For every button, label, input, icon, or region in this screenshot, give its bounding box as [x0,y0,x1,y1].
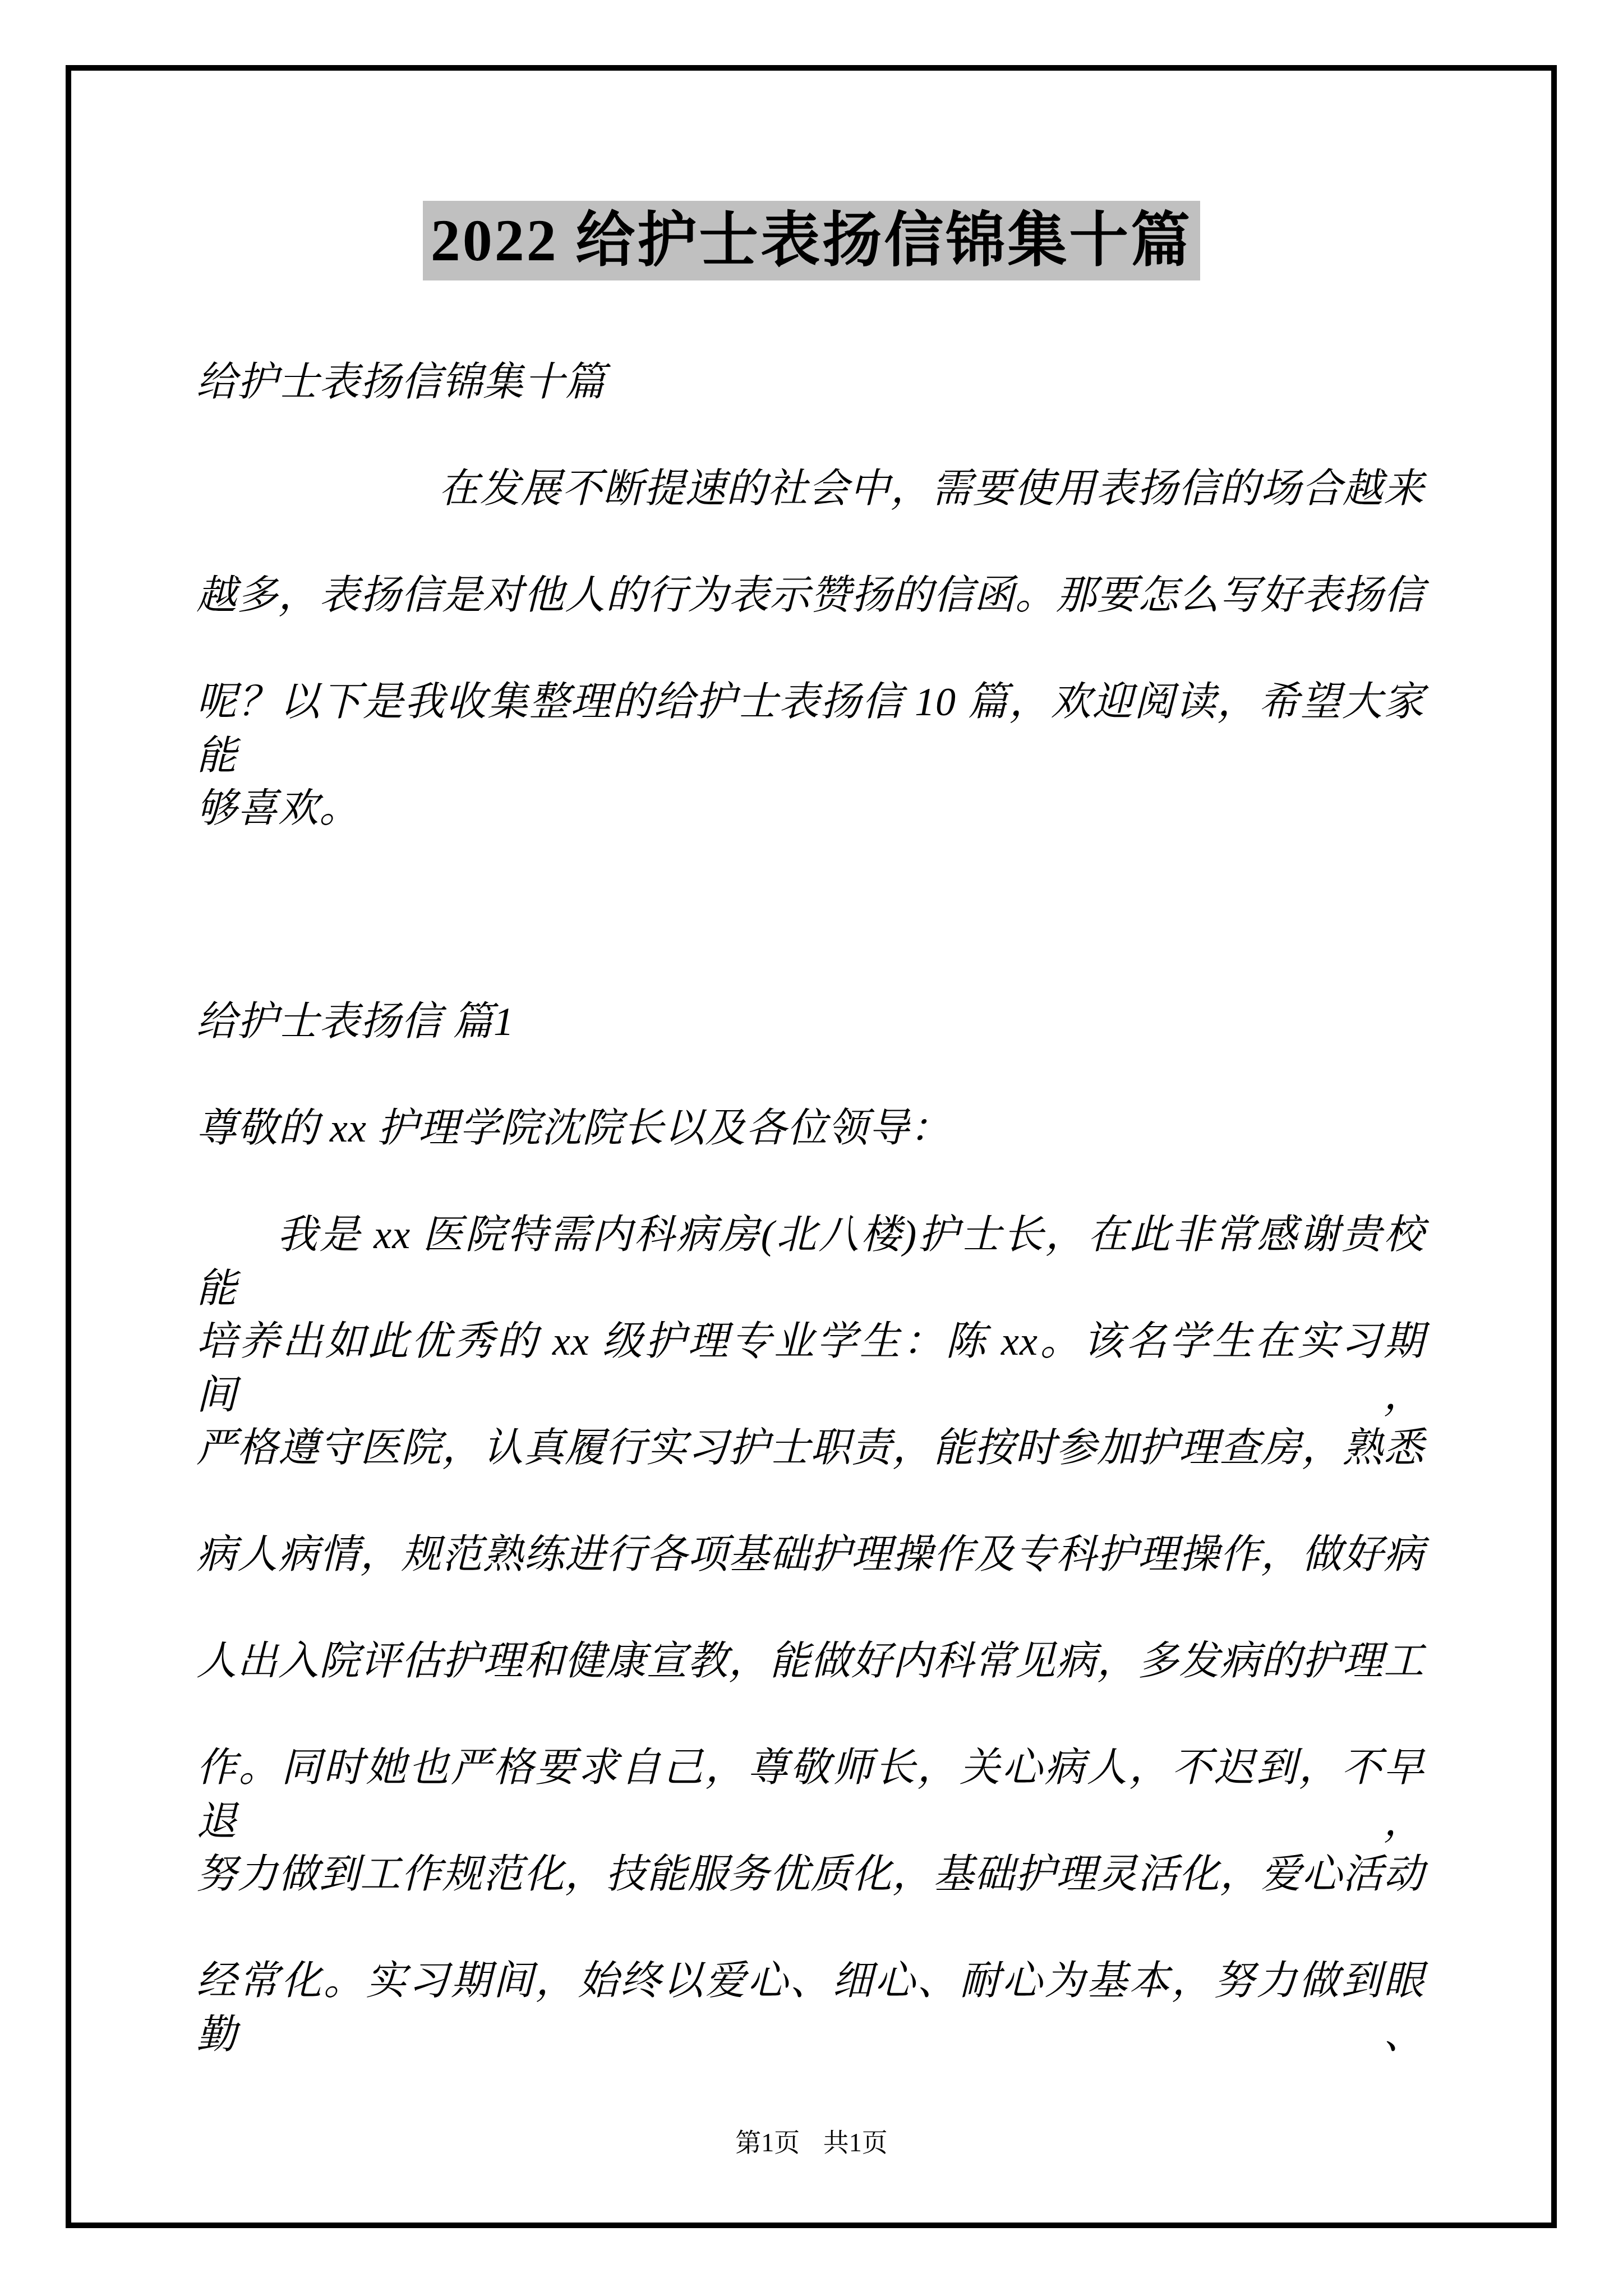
body-line: 给护士表扬信 篇1 [196,995,1424,1048]
title-highlight: 2022 给护士表扬信锦集十篇 [423,201,1201,280]
body-line: 严格遵守医院，认真履行实习护士职责，能按时参加护理查房，熟悉 [196,1421,1424,1475]
body-line: 给护士表扬信锦集十篇 [196,355,1424,409]
body-line: 培养出如此优秀的 xx 级护理专业学生：陈 xx。该名学生在实习期间， [196,1314,1424,1422]
body-line: 够喜欢。 [196,781,1424,835]
body-line: 呢？以下是我收集整理的给护士表扬信 10 篇，欢迎阅读，希望大家能 [196,675,1424,783]
body-line: 我是 xx 医院特需内科病房(北八楼)护士长，在此非常感谢贵校能 [196,1208,1424,1315]
body-line: 努力做到工作规范化，技能服务优质化，基础护理灵活化，爱心活动 [196,1847,1424,1901]
body-line: 作。同时她也严格要求自己，尊敬师长，关心病人，不迟到，不早退， [196,1741,1424,1848]
document-page: { "document": { "title": "2022 给护士表扬信锦集十… [0,0,1623,2296]
body-line: 经常化。实习期间，始终以爱心、细心、耐心为基本，努力做到眼勤、 [196,1954,1424,2062]
document-title: 2022 给护士表扬信锦集十篇 [0,201,1623,280]
body-line: 越多，表扬信是对他人的行为表示赞扬的信函。那要怎么写好表扬信 [196,568,1424,622]
body-line: 尊敬的 xx 护理学院沈院长以及各位领导： [196,1101,1424,1155]
page-footer: 第1页 共1页 [0,2126,1623,2160]
body-line: 病人病情，规范熟练进行各项基础护理操作及专科护理操作，做好病 [196,1527,1424,1581]
body-line: 人出入院评估护理和健康宣教，能做好内科常见病，多发病的护理工 [196,1634,1424,1688]
body-line: 在发展不断提速的社会中，需要使用表扬信的场合越来 [196,462,1424,516]
